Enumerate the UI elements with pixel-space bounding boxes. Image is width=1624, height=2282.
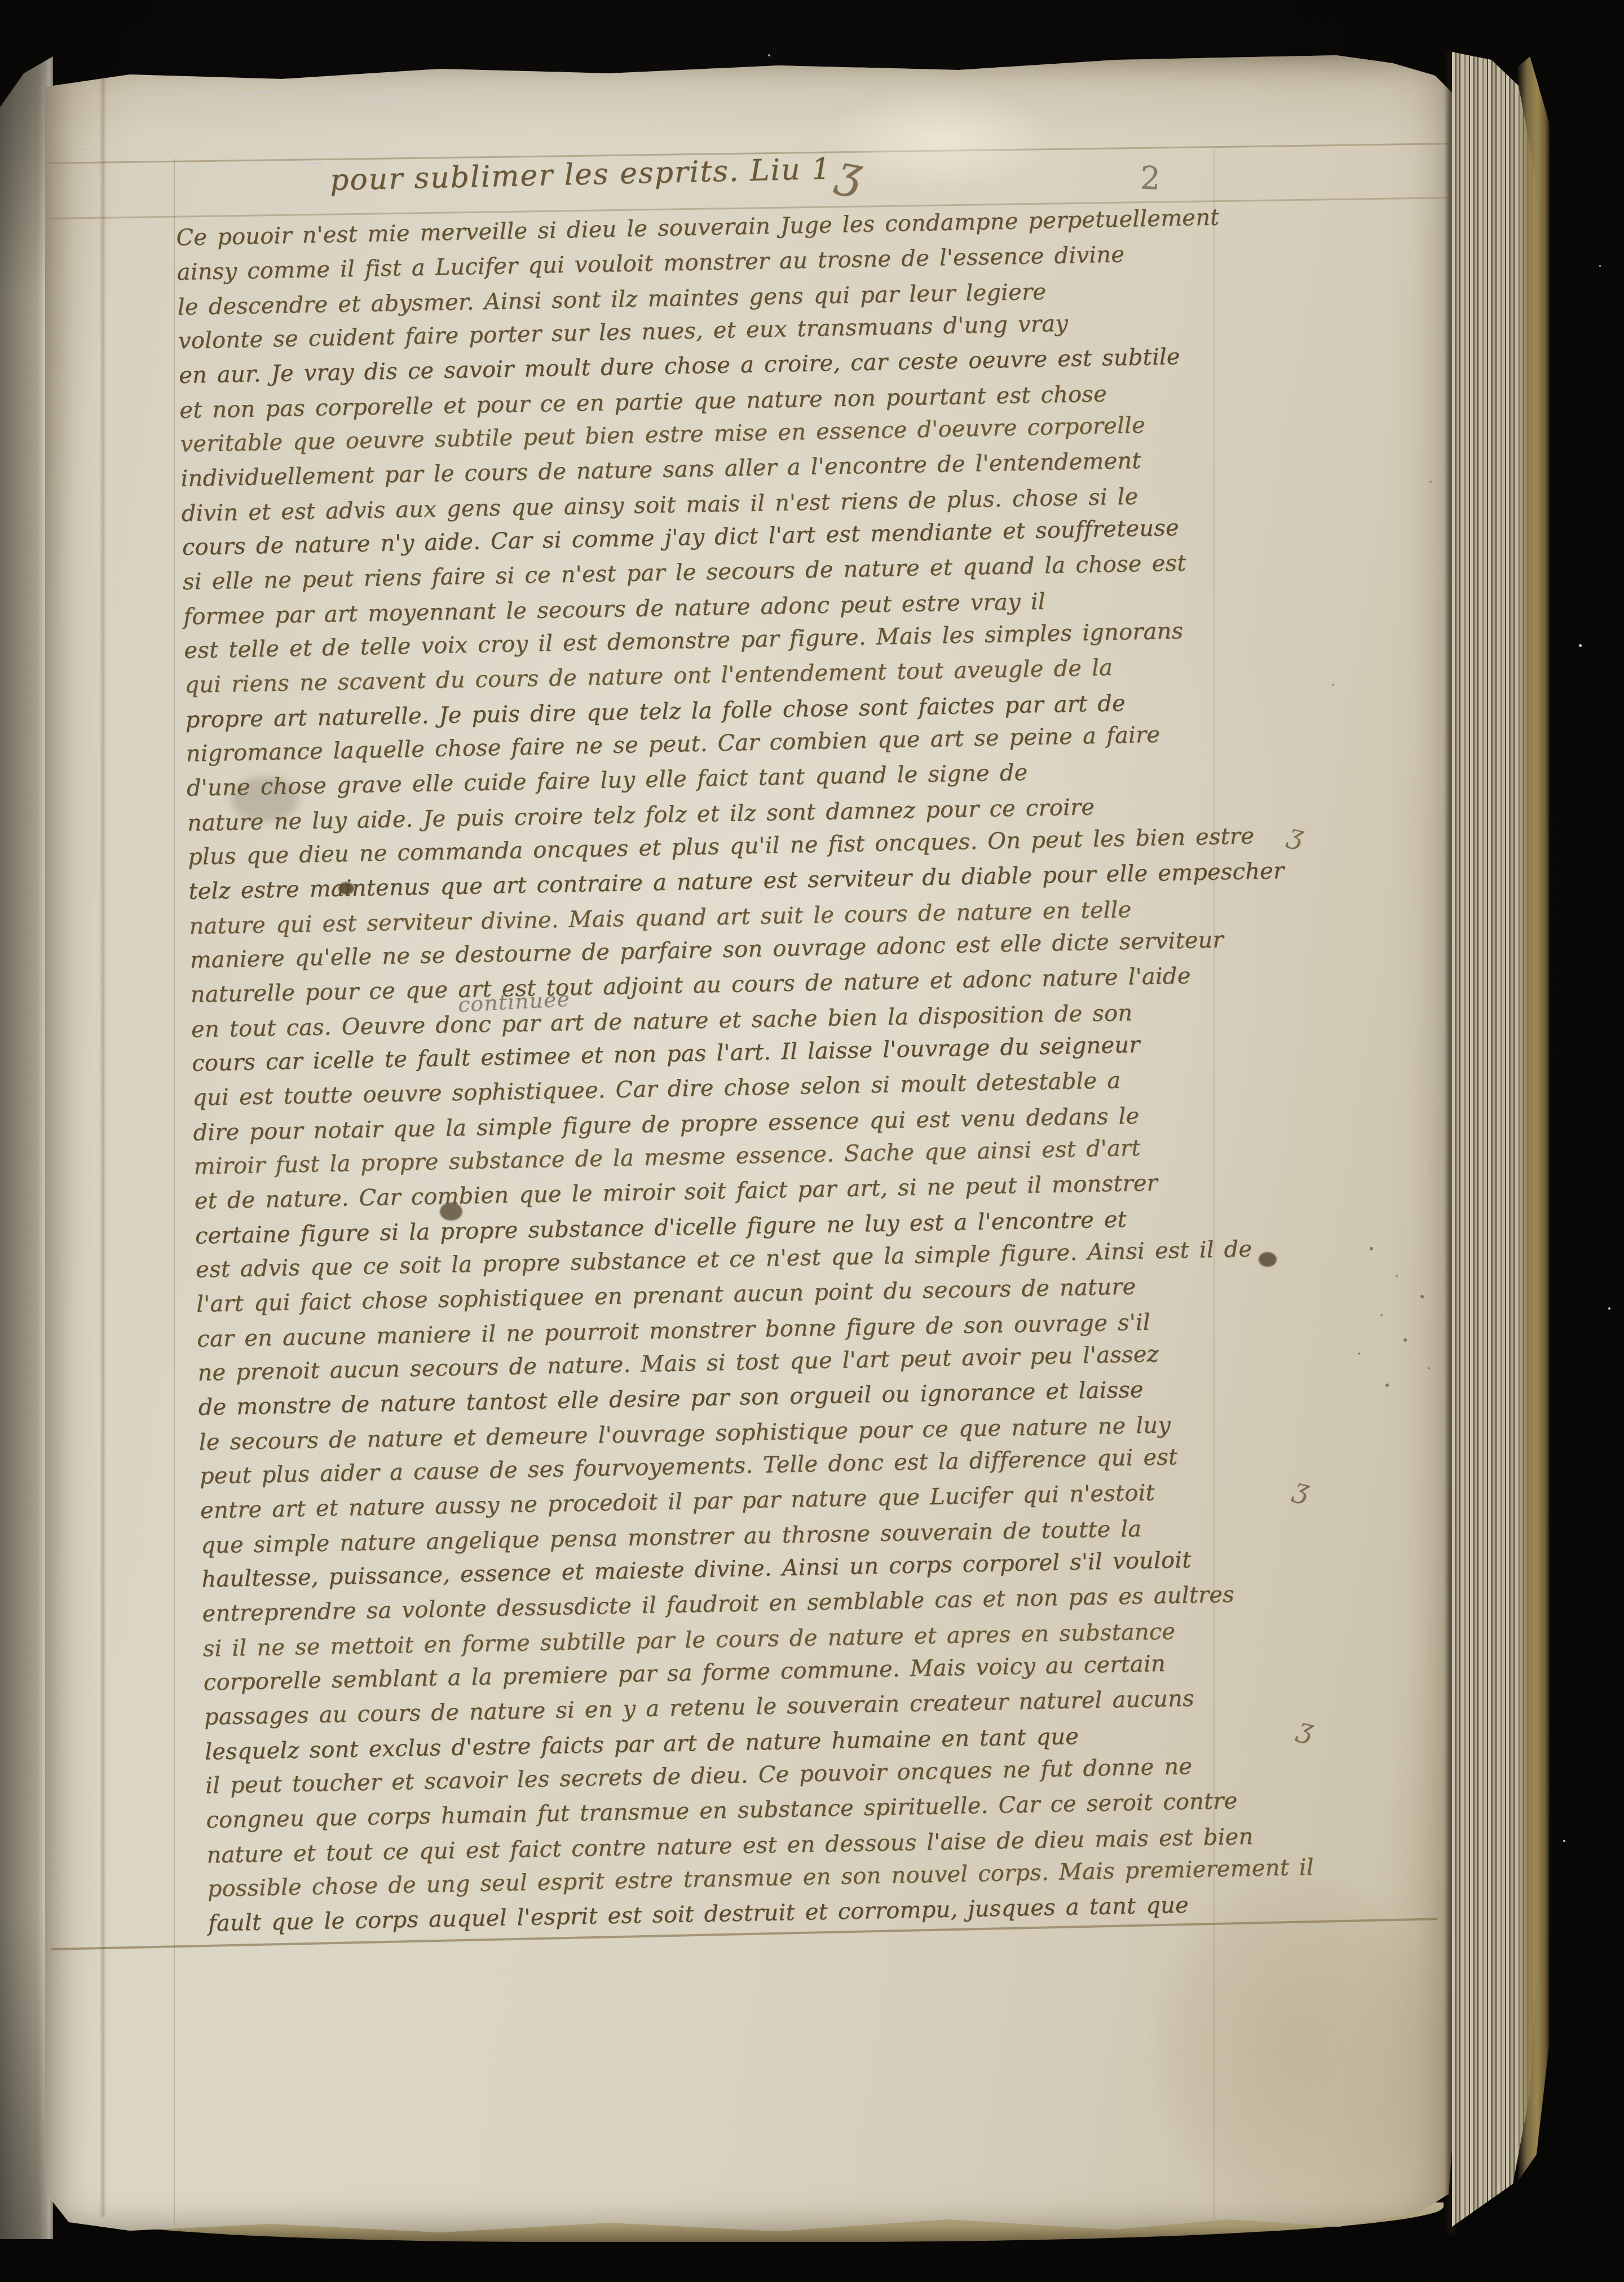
dust-speck bbox=[1579, 644, 1582, 647]
water-stain bbox=[1150, 1874, 1444, 2223]
manuscript-text-block: Ce pouoir n'est mie merveille si dieu le… bbox=[176, 200, 1325, 1941]
title-flourish: ʒ bbox=[837, 170, 863, 175]
ruling-line-left-margin bbox=[174, 159, 175, 2226]
manuscript-page: pour sublimer les esprits. Liu 1ʒ 2 cont… bbox=[45, 52, 1453, 2237]
foxing-speckles bbox=[45, 52, 47, 54]
binding-edge-shadow bbox=[0, 34, 53, 2239]
fore-edge-rough-band bbox=[1517, 56, 1550, 2222]
dust-speck bbox=[768, 54, 770, 56]
photo-stage: pour sublimer les esprits. Liu 1ʒ 2 cont… bbox=[0, 0, 1624, 2282]
page-number: 2 bbox=[1139, 160, 1161, 197]
dust-speck bbox=[1563, 1840, 1565, 1842]
dust-speck bbox=[1599, 265, 1601, 267]
gutter-crease bbox=[101, 68, 104, 2217]
dust-speck bbox=[1608, 1307, 1610, 1310]
